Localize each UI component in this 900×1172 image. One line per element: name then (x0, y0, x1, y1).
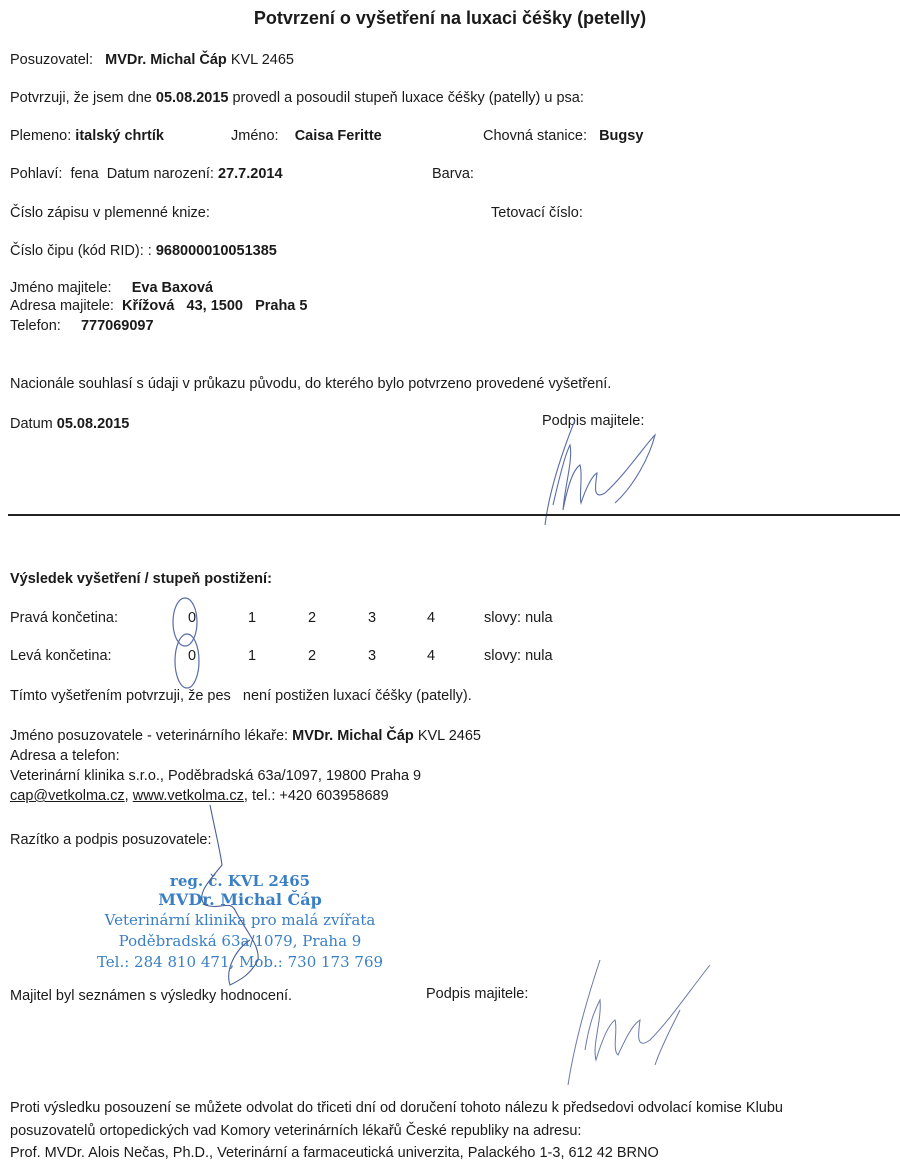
grade-option: 2 (302, 610, 322, 626)
vet-phone: , tel.: +420 603958689 (244, 788, 389, 804)
owner-phone-label: Telefon: (10, 318, 61, 334)
nationale-text: Nacionále souhlasí s údaji v průkazu pův… (10, 376, 611, 392)
grade-option: 0 (182, 610, 202, 626)
stamp-name: MVDr. Michal Čáp (70, 890, 410, 909)
sex-label: Pohlaví: (10, 166, 62, 182)
chip-label: Číslo čipu (kód RID): : (10, 243, 152, 259)
assessor-kvl: KVL 2465 (231, 52, 294, 68)
kennel-field: Chovná stanice: Bugsy (483, 128, 643, 144)
acknowledge-text: Majitel byl seznámen s výsledky hodnocen… (10, 988, 292, 1004)
conclusion-value: není postižen luxací čéšky (patelly). (243, 688, 472, 704)
dog-name-label: Jméno: (231, 128, 279, 144)
studbook-label: Číslo zápisu v plemenné knize: (10, 205, 210, 221)
dog-name-field: Jméno: Caisa Feritte (231, 128, 382, 144)
grade-option: 1 (242, 648, 262, 664)
owner-address-field: Adresa majitele: Křížová 43, 1500 Praha … (10, 298, 307, 314)
grade-option: 4 (421, 610, 441, 626)
chip-value: 968000010051385 (156, 243, 277, 259)
grade-option: 3 (362, 610, 382, 626)
dog-name-value: Caisa Feritte (295, 128, 382, 144)
grade-option: 3 (362, 648, 382, 664)
confirm-line: Potvrzuji, že jsem dne 05.08.2015 proved… (10, 90, 584, 106)
vet-name-field: Jméno posuzovatele - veterinárního lékař… (10, 728, 481, 744)
result-heading: Výsledek vyšetření / stupeň postižení: (10, 571, 272, 587)
grade-option: 0 (182, 648, 202, 664)
breed-field: Plemeno: italský chrtík (10, 128, 164, 144)
document-title: Potvrzení o vyšetření na luxaci čéšky (p… (0, 8, 900, 29)
owner-number: 43, 1500 (187, 298, 243, 314)
appeal-line-1: Proti výsledku posouzení se můžete odvol… (10, 1100, 783, 1116)
section-divider (8, 514, 900, 516)
exam-date: 05.08.2015 (156, 90, 229, 106)
stamp-reg: reg. č. KVL 2465 (70, 872, 410, 890)
stamp-address: Poděbradská 63a/1079, Praha 9 (70, 932, 410, 950)
breed-label: Plemeno: (10, 128, 71, 144)
vet-contacts: cap@vetkolma.cz, www.vetkolma.cz, tel.: … (10, 788, 389, 804)
right-limb-words: slovy: nula (484, 610, 553, 626)
right-limb-label: Pravá končetina: (10, 610, 118, 626)
owner-signature-label-2: Podpis majitele: (426, 986, 528, 1002)
color-label: Barva: (432, 166, 474, 182)
kennel-value: Bugsy (599, 128, 643, 144)
owner-name-field: Jméno majitele: Eva Baxová (10, 280, 213, 296)
dob-value: 27.7.2014 (218, 166, 283, 182)
owner-name-label: Jméno majitele: (10, 280, 112, 296)
kennel-label: Chovná stanice: (483, 128, 587, 144)
sex-field: Pohlaví: fena Datum narození: 27.7.2014 (10, 166, 283, 182)
grade-option: 1 (242, 610, 262, 626)
tattoo-label: Tetovací číslo: (491, 205, 583, 221)
grade-option: 2 (302, 648, 322, 664)
stamp-clinic: Veterinární klinika pro malá zvířata (70, 911, 410, 929)
owner-city: Praha 5 (255, 298, 307, 314)
owner-phone-field: Telefon: 777069097 (10, 318, 154, 334)
chip-field: Číslo čipu (kód RID): : 968000010051385 (10, 243, 277, 259)
left-limb-label: Levá končetina: (10, 648, 112, 664)
date-label: Datum (10, 416, 53, 432)
assessor-name: MVDr. Michal Čáp (105, 52, 227, 68)
stamp-label: Razítko a podpis posuzovatele: (10, 832, 212, 848)
appeal-line-2: posuzovatelů ortopedických vad Komory ve… (10, 1123, 581, 1139)
color-field: Barva: (432, 166, 474, 182)
owner-address-label: Adresa majitele: (10, 298, 114, 314)
sex-value: fena (70, 166, 98, 182)
left-limb-words: slovy: nula (484, 648, 553, 664)
owner-phone-value: 777069097 (81, 318, 154, 334)
assessor-line: Posuzovatel: MVDr. Michal Čáp KVL 2465 (10, 52, 294, 68)
date-field: Datum 05.08.2015 (10, 416, 129, 432)
appeal-line-3: Prof. MVDr. Alois Nečas, Ph.D., Veteriná… (10, 1145, 659, 1161)
vet-email-link[interactable]: cap@vetkolma.cz (10, 788, 125, 804)
vet-kvl: KVL 2465 (418, 728, 481, 744)
vet-name-value: MVDr. Michal Čáp (292, 728, 414, 744)
vet-address: Veterinární klinika s.r.o., Poděbradská … (10, 768, 421, 784)
assessor-label: Posuzovatel: (10, 52, 93, 68)
conclusion-prefix: Tímto vyšetřením potvrzuji, že pes (10, 688, 231, 704)
vet-web-link[interactable]: www.vetkolma.cz (133, 788, 244, 804)
owner-name-value: Eva Baxová (132, 280, 213, 296)
confirm-prefix: Potvrzuji, že jsem dne (10, 90, 152, 106)
confirm-suffix: provedl a posoudil stupeň luxace čéšky (… (232, 90, 583, 106)
grade-circle-marks (165, 594, 205, 694)
stamp-phones: Tel.: 284 810 471, Mob.: 730 173 769 (70, 953, 410, 971)
dob-label: Datum narození: (107, 166, 214, 182)
owner-signature-2 (560, 950, 720, 1090)
vet-address-label: Adresa a telefon: (10, 748, 120, 764)
grade-option: 4 (421, 648, 441, 664)
owner-street: Křížová (122, 298, 174, 314)
date-value: 05.08.2015 (57, 416, 130, 432)
owner-signature-1 (535, 415, 675, 530)
conclusion-line: Tímto vyšetřením potvrzuji, že pes není … (10, 688, 472, 704)
owner-signature-label: Podpis majitele: (542, 413, 644, 429)
vet-name-label: Jméno posuzovatele - veterinárního lékař… (10, 728, 288, 744)
breed-value: italský chrtík (75, 128, 164, 144)
